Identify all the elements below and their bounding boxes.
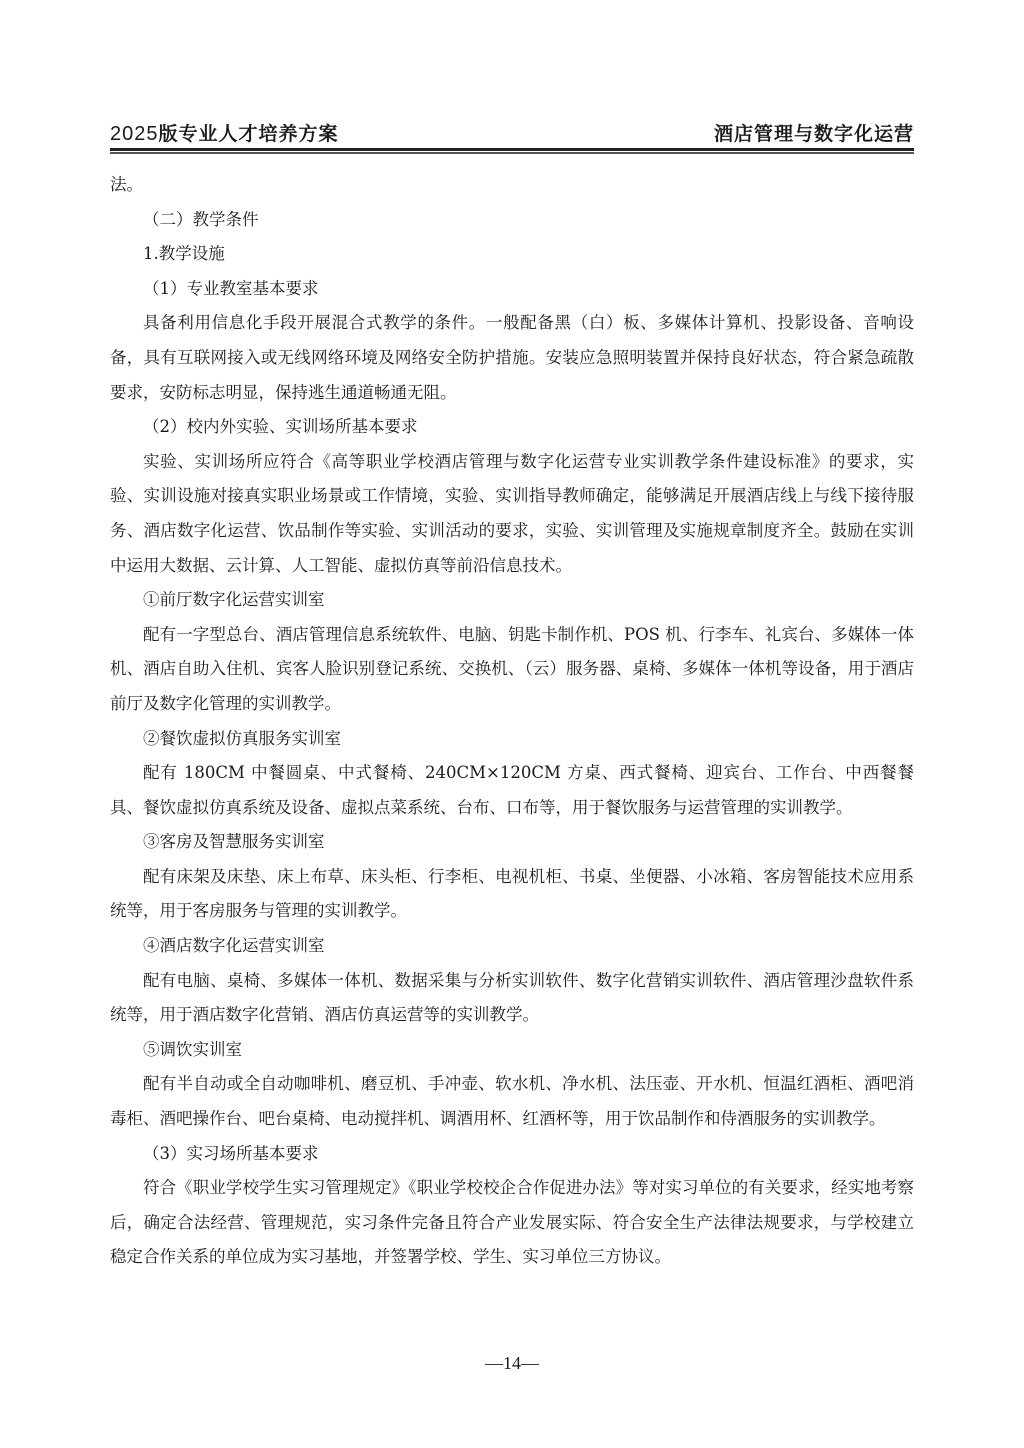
paragraph-classroom: 具备利用信息化手段开展混合式教学的条件。一般配备黑（白）板、多媒体计算机、投影设…: [110, 306, 914, 410]
page-number: —14—: [0, 1353, 1024, 1374]
item-heading-internship-sites: （3）实习场所基本要求: [110, 1137, 914, 1172]
document-body: 法。 （二）教学条件 1.教学设施 （1）专业教室基本要求 具备利用信息化手段开…: [110, 168, 914, 1275]
item-heading-classroom: （1）专业教室基本要求: [110, 272, 914, 307]
lab-heading-food-beverage: ②餐饮虚拟仿真服务实训室: [110, 722, 914, 757]
header-document-title: 2025版专业人才培养方案: [110, 119, 339, 146]
paragraph-front-office-lab: 配有一字型总台、酒店管理信息系统软件、电脑、钥匙卡制作机、POS 机、行李车、礼…: [110, 618, 914, 722]
carryover-text: 法。: [110, 168, 914, 203]
lab-heading-digital-operations: ④酒店数字化运营实训室: [110, 929, 914, 964]
paragraph-training-sites: 实验、实训场所应符合《高等职业学校酒店管理与数字化运营专业实训教学条件建设标准》…: [110, 445, 914, 583]
header-plan-title: 版专业人才培养方案: [159, 124, 339, 145]
paragraph-beverage-lab: 配有半自动或全自动咖啡机、磨豆机、手冲壶、软水机、净水机、法压壶、开水机、恒温红…: [110, 1067, 914, 1136]
header-year: 2025: [110, 123, 159, 145]
paragraph-digital-operations-lab: 配有电脑、桌椅、多媒体一体机、数据采集与分析实训软件、数字化营销实训软件、酒店管…: [110, 964, 914, 1033]
header-divider: [110, 148, 914, 154]
paragraph-food-beverage-lab: 配有 180CM 中餐圆桌、中式餐椅、240CM×120CM 方桌、西式餐椅、迎…: [110, 756, 914, 825]
paragraph-internship-sites: 符合《职业学校学生实习管理规定》《职业学校校企合作促进办法》等对实习单位的有关要…: [110, 1171, 914, 1275]
section-heading-teaching-conditions: （二）教学条件: [110, 203, 914, 238]
page-header: 2025版专业人才培养方案 酒店管理与数字化运营: [110, 120, 914, 146]
lab-heading-beverage: ⑤调饮实训室: [110, 1033, 914, 1068]
paragraph-guest-room-lab: 配有床架及床垫、床上布草、床头柜、行李柜、电视机柜、书桌、坐便器、小冰箱、客房智…: [110, 860, 914, 929]
header-major-name: 酒店管理与数字化运营: [714, 119, 914, 146]
lab-heading-front-office: ①前厅数字化运营实训室: [110, 583, 914, 618]
item-heading-training-sites: （2）校内外实验、实训场所基本要求: [110, 410, 914, 445]
lab-heading-guest-room: ③客房及智慧服务实训室: [110, 825, 914, 860]
subsection-heading-teaching-facilities: 1.教学设施: [110, 237, 914, 272]
